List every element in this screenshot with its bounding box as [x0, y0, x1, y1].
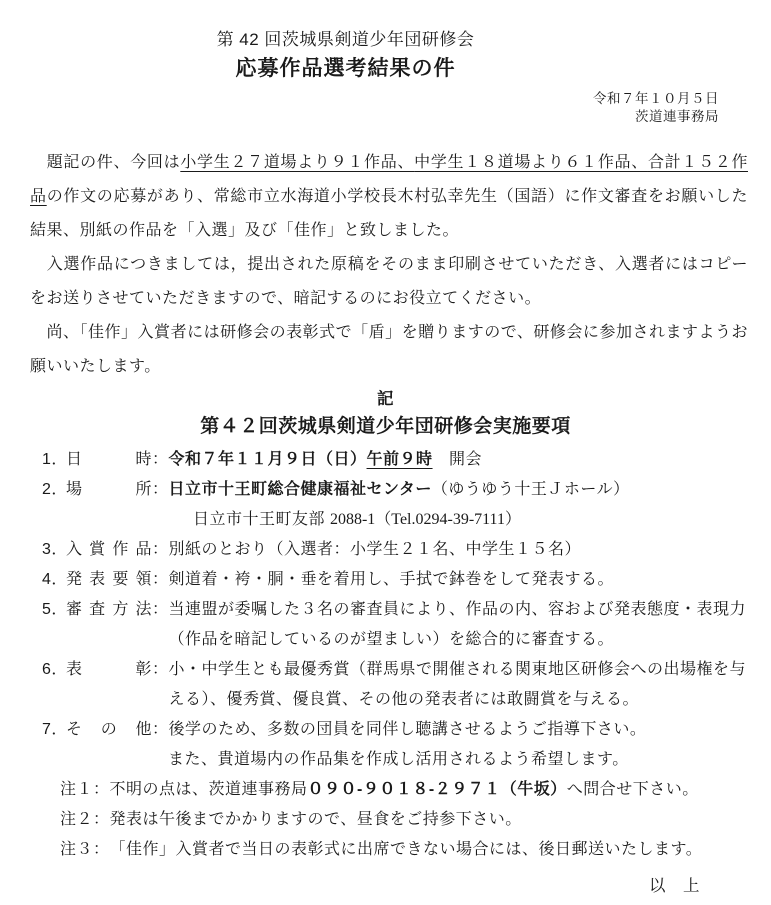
item-3-colon: ： [152, 535, 169, 565]
ki-marker: 記 [0, 386, 771, 412]
item-1-datetime: 1． 日時 ： 令和７年１１月９日（日）午前９時 開会 [42, 445, 748, 475]
item-1-content: 令和７年１１月９日（日）午前９時 開会 [169, 445, 748, 475]
item-2-content: 日立市十王町総合健康福祉センター（ゆうゆう十王Ｊホール） [169, 475, 748, 505]
item-5-label: 審査方法 [66, 595, 152, 655]
item-6-awards: 6． 表彰 ： 小・中学生とも最優秀賞（群馬県で開催される関東地区研修会への出場… [42, 655, 748, 715]
paragraph-3: 尚、「佳作」入賞者には研修会の表彰式で「盾」を贈りますので、研修会に参加されます… [30, 316, 748, 384]
item-2-label: 場所 [66, 475, 152, 505]
item-2-place: 2． 場所 ： 日立市十王町総合健康福祉センター（ゆうゆう十王Ｊホール） [42, 475, 748, 505]
paragraph-1: 題記の件、今回は小学生２７道場より９１作品、中学生１８道場より６１作品、合計１５… [30, 146, 748, 248]
issue-date: 令和７年１０月５日 [0, 90, 719, 108]
item-1-label: 日時 [66, 445, 152, 475]
item-5-number: 5． [42, 595, 66, 655]
item-1-colon: ： [152, 445, 169, 475]
item-4-colon: ： [152, 565, 169, 595]
note-1: 注１： 不明の点は、茨道連事務局０９０-９０１８-２９７１（牛坂）へ問合せ下さい… [60, 775, 748, 805]
p1-underline-elementary: 小学生２７道場より９１作品、 [180, 154, 414, 171]
item-1-time: 午前９時 [367, 451, 433, 468]
item-7-others: 7． その他 ： 後学のため、多数の団員を同伴し聴講させるようご指導下さい。 [42, 715, 748, 745]
item-1-tail: 開会 [433, 451, 483, 468]
item-6-colon: ： [152, 655, 169, 715]
item-2-colon: ： [152, 475, 169, 505]
intro-section: 題記の件、今回は小学生２７道場より９１作品、中学生１８道場より６１作品、合計１５… [0, 146, 771, 384]
item-2-venue: 日立市十王町総合健康福祉センター [169, 481, 432, 498]
closing-mark: 以 上 [0, 875, 771, 897]
item-2-number: 2． [42, 475, 66, 505]
notes-section: 注１： 不明の点は、茨道連事務局０９０-９０１８-２９７１（牛坂）へ問合せ下さい… [0, 775, 771, 865]
paragraph-2: 入選作品につきましては，提出された原稿をそのまま印刷させていただき、入選者にはコ… [30, 248, 748, 316]
note-3-content: 「佳作」入賞者で当日の表彰式に出席できない場合には、後日郵送いたします。 [110, 835, 748, 865]
document-page: 第 42 回茨城県剣道少年団研修会 応募作品選考結果の件 令和７年１０月５日 茨… [0, 0, 771, 905]
item-2-address-jp: 日立市十王町友部 [193, 511, 330, 528]
note-3: 注３： 「佳作」入賞者で当日の表彰式に出席できない場合には、後日郵送いたします。 [60, 835, 748, 865]
note-3-label: 注３： [60, 835, 110, 865]
note-1-content: 不明の点は、茨道連事務局０９０-９０１８-２９７１（牛坂）へ問合せ下さい。 [110, 775, 748, 805]
item-7-colon: ： [152, 715, 169, 745]
item-2-address-number: 2088-1（Tel.0294-39-7111） [330, 511, 521, 528]
item-7-number: 7． [42, 715, 66, 745]
note-1-phone: ０９０-９０１８-２９７１（牛坂） [308, 781, 567, 798]
note-1-label: 注１： [60, 775, 110, 805]
item-7-line2: また、貴道場内の作品集を作成し活用されるよう希望します。 [168, 745, 748, 775]
item-5-judging: 5． 審査方法 ： 当連盟が委嘱した３名の審査員により、作品の内、容および発表態… [42, 595, 748, 655]
item-1-number: 1． [42, 445, 66, 475]
item-1-date: 令和７年１１月９日（日） [169, 451, 367, 468]
item-4-presentation: 4． 発表要領 ： 剣道着・袴・胴・垂を着用し、手拭で鉢巻をして発表する。 [42, 565, 748, 595]
p1-underline-junior: 中学生１８道場より６１作品、 [414, 154, 648, 171]
item-4-content: 剣道着・袴・胴・垂を着用し、手拭で鉢巻をして発表する。 [169, 565, 748, 595]
date-block: 令和７年１０月５日 茨道連事務局 [0, 90, 771, 126]
item-3-label: 入賞作品 [66, 535, 152, 565]
item-3-number: 3． [42, 535, 66, 565]
item-6-number: 6． [42, 655, 66, 715]
note-2: 注２： 発表は午後までかかりますので、昼食をご持参下さい。 [60, 805, 748, 835]
item-4-label: 発表要領 [66, 565, 152, 595]
notice-items: 1． 日時 ： 令和７年１１月９日（日）午前９時 開会 2． 場所 ： 日立市十… [0, 445, 771, 775]
notice-heading: 第４２回茨城県剣道少年団研修会実施要項 [0, 412, 771, 442]
item-5-content: 当連盟が委嘱した３名の審査員により、作品の内、容および発表態度・表現力（作品を暗… [169, 595, 748, 655]
item-6-content: 小・中学生とも最優秀賞（群馬県で開催される関東地区研修会への出場権を与える）、優… [169, 655, 748, 715]
p1-rest: の作文の応募があり、常総市立水海道小学校長木村弘幸先生（国語）に作文審査をお願い… [30, 188, 748, 239]
item-3-winning-works: 3． 入賞作品 ： 別紙のとおり（入選者：小学生２１名、中学生１５名） [42, 535, 748, 565]
note-1-pre: 不明の点は、茨道連事務局 [110, 781, 308, 798]
note-2-content: 発表は午後までかかりますので、昼食をご持参下さい。 [110, 805, 748, 835]
item-2-hall: （ゆうゆう十王Ｊホール） [432, 481, 630, 498]
item-4-number: 4． [42, 565, 66, 595]
item-7-label: その他 [66, 715, 152, 745]
sender-name: 茨道連事務局 [0, 108, 719, 126]
document-title: 第 42 回茨城県剣道少年団研修会 [0, 28, 691, 52]
document-subtitle: 応募作品選考結果の件 [0, 54, 691, 84]
p1-lead: 題記の件、今回は [30, 154, 180, 171]
item-2-address: 日立市十王町友部 2088-1（Tel.0294-39-7111） [193, 505, 748, 535]
item-3-content: 別紙のとおり（入選者：小学生２１名、中学生１５名） [169, 535, 748, 565]
item-5-colon: ： [152, 595, 169, 655]
note-2-label: 注２： [60, 805, 110, 835]
note-1-post: へ問合せ下さい。 [567, 781, 699, 798]
item-7-content: 後学のため、多数の団員を同伴し聴講させるようご指導下さい。 [169, 715, 748, 745]
document-header: 第 42 回茨城県剣道少年団研修会 応募作品選考結果の件 [0, 28, 771, 84]
item-6-label: 表彰 [66, 655, 152, 715]
